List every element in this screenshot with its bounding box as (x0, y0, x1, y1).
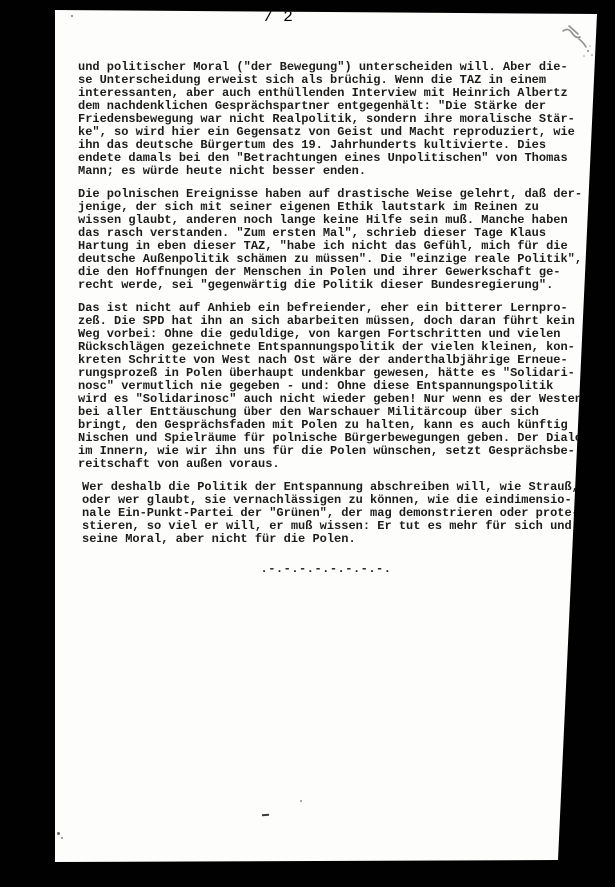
paragraph-3: Das ist nicht auf Anhieb ein befreiender… (78, 302, 598, 471)
typed-divider-line: .-.-.-.-.-.-.-.-. (78, 563, 574, 576)
document-page: / 2 und politischer Moral ("der Bewegung… (55, 8, 600, 864)
scanned-document-canvas: / 2 und politischer Moral ("der Bewegung… (0, 0, 615, 887)
paragraph-1: und politischer Moral ("der Bewegung") u… (78, 61, 598, 178)
photocopy-speck (300, 800, 302, 802)
page-number: / 2 (55, 8, 600, 26)
photocopy-speck (71, 15, 73, 17)
photocopy-speck (583, 641, 585, 643)
photocopy-speck (61, 837, 63, 839)
photocopy-speck (571, 760, 573, 762)
paragraph-4: Wer deshalb die Politik der Entspannung … (82, 481, 598, 546)
photocopy-speck (262, 814, 269, 816)
document-text-block: und politischer Moral ("der Bewegung") u… (78, 61, 598, 576)
photocopy-speck (57, 832, 60, 835)
paragraph-2: Die polnischen Ereignisse haben auf dras… (78, 188, 598, 292)
pencil-scribble-icon (555, 18, 603, 66)
